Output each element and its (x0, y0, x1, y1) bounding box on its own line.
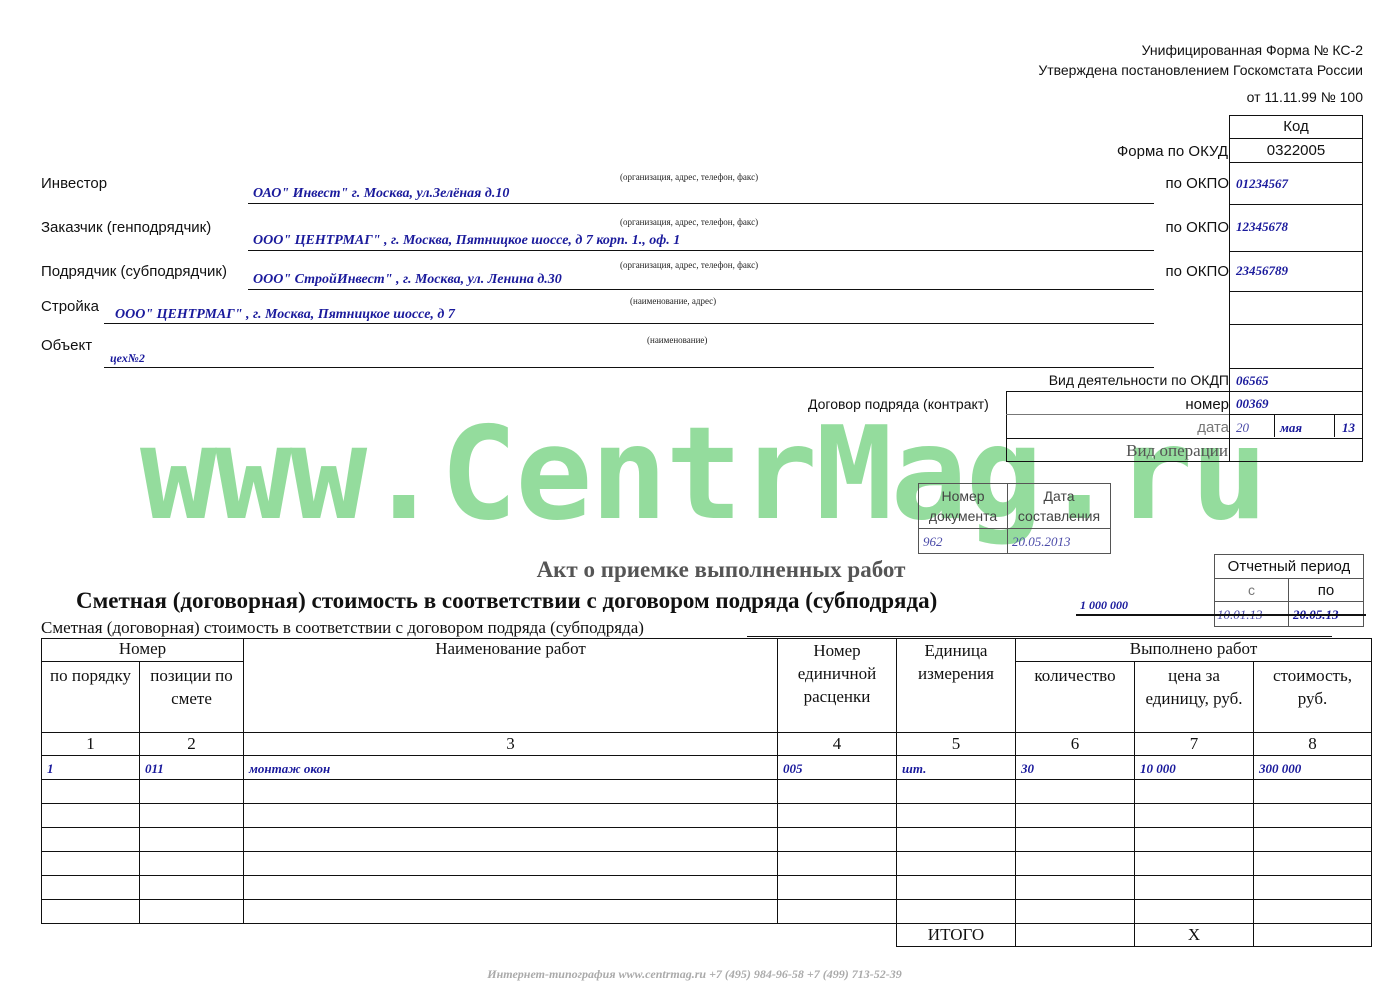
table-cell[interactable] (778, 780, 897, 804)
cell-value (1254, 881, 1259, 896)
table-cell[interactable] (1254, 852, 1372, 876)
cell-value (244, 785, 249, 800)
table-cell[interactable] (1254, 828, 1372, 852)
cell-value (1016, 881, 1021, 896)
cell-value (1016, 833, 1021, 848)
cell-value (778, 809, 783, 824)
okpo-label-investor: по ОКПО (1166, 175, 1230, 192)
code-header: Код (1229, 115, 1363, 139)
column-number: 4 (778, 733, 897, 756)
table-cell[interactable] (897, 900, 1016, 924)
contract-year: 13 (1342, 420, 1355, 436)
form-header-line2: Утверждена постановлением Госкомстата Ро… (1038, 62, 1363, 78)
column-number: 3 (244, 733, 778, 756)
table-cell[interactable] (778, 852, 897, 876)
table-cell[interactable]: шт. (897, 756, 1016, 780)
total-spacer (42, 924, 897, 947)
form-header-line1: Унифицированная Форма № КС-2 (1142, 42, 1363, 58)
investor-label: Инвестор (41, 175, 107, 192)
column-number: 2 (140, 733, 244, 756)
okpo-label-customer: по ОКПО (1166, 219, 1230, 236)
doc-number-value: 962 (923, 534, 943, 549)
cell-value: 30 (1016, 761, 1034, 776)
table-cell[interactable] (897, 876, 1016, 900)
table-cell[interactable] (140, 804, 244, 828)
cell-value (42, 881, 47, 896)
table-cell[interactable] (244, 804, 778, 828)
okud-value: 0322005 (1229, 138, 1363, 163)
table-cell[interactable] (1016, 804, 1135, 828)
contract-month: мая (1280, 420, 1302, 436)
table-cell[interactable] (244, 780, 778, 804)
contractor-label: Подрядчик (субподрядчик) (41, 263, 227, 280)
cell-value (1135, 881, 1140, 896)
cell-value (897, 785, 902, 800)
table-row (42, 780, 1372, 804)
contract-date-label: дата (1197, 419, 1229, 436)
investor-underline (248, 203, 1154, 204)
table-cell[interactable] (1254, 876, 1372, 900)
column-number: 7 (1135, 733, 1254, 756)
table-cell[interactable] (778, 900, 897, 924)
table-cell[interactable] (778, 804, 897, 828)
cell-value (1135, 785, 1140, 800)
cell-value (140, 809, 145, 824)
total-price-mark: Х (1135, 924, 1254, 947)
contractor-hint: (организация, адрес, телефон, факс) (620, 260, 758, 270)
table-cell[interactable] (140, 780, 244, 804)
cell-value (140, 857, 145, 872)
table-cell[interactable] (897, 852, 1016, 876)
table-cell[interactable] (1016, 852, 1135, 876)
table-row: 1011монтаж окон005шт.3010 000300 000 (42, 756, 1372, 780)
customer-label: Заказчик (генподрядчик) (41, 219, 211, 236)
site-value[interactable]: ООО" ЦЕНТРМАГ" , г. Москва, Пятницкое шо… (115, 307, 455, 323)
customer-underline (248, 250, 1154, 251)
table-cell[interactable] (42, 804, 140, 828)
table-cell[interactable]: 011 (140, 756, 244, 780)
table-cell[interactable]: монтаж окон (244, 756, 778, 780)
header-cost: стоимость, руб. (1254, 662, 1372, 733)
total-label: ИТОГО (897, 924, 1016, 947)
cell-value: 300 000 (1254, 761, 1301, 776)
okpo-customer-cell[interactable]: 12345678 (1229, 204, 1363, 252)
estimate-plain-label: Сметная (договорная) стоимость в соответ… (41, 618, 644, 638)
table-cell[interactable] (1254, 900, 1372, 924)
table-cell[interactable]: 300 000 (1254, 756, 1372, 780)
cell-value (244, 905, 249, 920)
cell-value (897, 809, 902, 824)
object-hint: (наименование) (647, 335, 707, 345)
estimate-plain-underline (747, 636, 1332, 637)
table-cell[interactable] (1016, 876, 1135, 900)
header-price: цена за единицу, руб. (1135, 662, 1254, 733)
cell-value: 10 000 (1135, 761, 1176, 776)
cell-value (244, 857, 249, 872)
table-cell[interactable] (1135, 828, 1254, 852)
operation-cell[interactable] (1229, 438, 1363, 462)
okdp-cell[interactable]: 06565 (1229, 368, 1363, 392)
table-cell[interactable] (140, 852, 244, 876)
table-cell[interactable] (244, 876, 778, 900)
cell-value: 1 (42, 761, 54, 776)
header-number: Номер (42, 639, 244, 662)
footer-text: Интернет-типография www.centrmag.ru +7 (… (0, 967, 1389, 982)
table-row (42, 900, 1372, 924)
cell-value (1135, 857, 1140, 872)
doc-date-header: Датасоставления (1008, 484, 1111, 529)
operation-label: Вид операции (1006, 441, 1228, 461)
table-row (42, 852, 1372, 876)
cell-value (42, 785, 47, 800)
table-cell[interactable] (897, 804, 1016, 828)
cell-value: монтаж окон (244, 761, 330, 776)
table-cell[interactable] (897, 828, 1016, 852)
cell-value (42, 833, 47, 848)
contract-number-label: номер (1185, 396, 1229, 413)
divider (1334, 415, 1335, 437)
cell-value: 005 (778, 761, 803, 776)
okdp-value: 06565 (1236, 373, 1269, 389)
cell-value (1254, 785, 1259, 800)
table-cell[interactable] (140, 876, 244, 900)
table-cell[interactable] (778, 828, 897, 852)
column-number: 5 (897, 733, 1016, 756)
site-underline (104, 323, 1154, 324)
table-cell[interactable] (42, 876, 140, 900)
okpo-contractor-cell[interactable]: 23456789 (1229, 251, 1363, 292)
document-info-table: Номердокумента Датасоставления 962 20.05… (918, 483, 1111, 554)
cell-value (778, 833, 783, 848)
table-cell[interactable] (1254, 804, 1372, 828)
cell-value (778, 857, 783, 872)
cell-value (897, 857, 902, 872)
works-table: Номер Наименование работ Номер единичной… (41, 638, 1372, 947)
okpo-investor-cell[interactable]: 01234567 (1229, 162, 1363, 205)
table-cell[interactable]: 30 (1016, 756, 1135, 780)
cell-value (1135, 833, 1140, 848)
cell-value (1016, 809, 1021, 824)
table-cell[interactable] (244, 828, 778, 852)
okdp-label: Вид деятельности по ОКДП (1049, 372, 1229, 388)
customer-hint: (организация, адрес, телефон, факс) (620, 217, 758, 227)
cell-value (244, 809, 249, 824)
cell-value (897, 905, 902, 920)
cell-value (778, 881, 783, 896)
customer-value[interactable]: ООО" ЦЕНТРМАГ" , г. Москва, Пятницкое шо… (253, 233, 680, 249)
cell-value (244, 881, 249, 896)
table-cell[interactable] (1254, 780, 1372, 804)
table-cell[interactable] (778, 876, 897, 900)
cell-value (897, 881, 902, 896)
cell-value (1016, 857, 1021, 872)
header-name: Наименование работ (244, 639, 778, 733)
investor-hint: (организация, адрес, телефон, факс) (620, 172, 758, 182)
column-number: 8 (1254, 733, 1372, 756)
contract-number-value: 00369 (1236, 396, 1269, 412)
cell-value (778, 785, 783, 800)
cell-value (1254, 809, 1259, 824)
cell-value (1135, 809, 1140, 824)
cell-value (140, 881, 145, 896)
column-number: 6 (1016, 733, 1135, 756)
table-cell[interactable] (244, 852, 778, 876)
cell-value (1254, 857, 1259, 872)
okpo-label-contractor: по ОКПО (1166, 263, 1230, 280)
table-cell[interactable] (42, 780, 140, 804)
header-done: Выполнено работ (1016, 639, 1372, 662)
site-code-cell[interactable] (1229, 291, 1363, 325)
cell-value: шт. (897, 761, 926, 776)
okpo-investor-value: 01234567 (1236, 176, 1288, 192)
header-qty: количество (1016, 662, 1135, 733)
form-header-line3: от 11.11.99 № 100 (1247, 89, 1363, 105)
site-label: Стройка (41, 298, 99, 315)
okpo-contractor-value: 23456789 (1236, 263, 1288, 279)
table-row (42, 876, 1372, 900)
cell-value (1254, 833, 1259, 848)
table-cell[interactable] (1016, 780, 1135, 804)
table-cell[interactable] (42, 900, 140, 924)
contract-date-cell[interactable]: 20 мая 13 (1229, 414, 1363, 439)
object-value[interactable]: цех№2 (110, 351, 145, 366)
cell-value (1016, 905, 1021, 920)
total-cost-cell[interactable] (1254, 924, 1372, 947)
cell-value (42, 857, 47, 872)
table-cell[interactable] (1135, 876, 1254, 900)
table-cell[interactable] (1135, 852, 1254, 876)
table-cell[interactable] (140, 900, 244, 924)
table-cell[interactable] (1135, 804, 1254, 828)
column-number: 1 (42, 733, 140, 756)
doc-number-cell[interactable]: 962 (919, 529, 1008, 554)
table-cell[interactable] (244, 900, 778, 924)
object-code-cell[interactable] (1229, 324, 1363, 369)
cell-value (140, 905, 145, 920)
page-title: Акт о приемке выполненных работ (0, 557, 1389, 583)
doc-date-value: 20.05.2013 (1012, 534, 1071, 549)
cell-value (42, 809, 47, 824)
contractor-underline (248, 289, 1154, 290)
estimate-bold-label: Сметная (договорная) стоимость в соответ… (76, 588, 937, 614)
cell-value (244, 833, 249, 848)
table-row (42, 828, 1372, 852)
cell-value (1254, 905, 1259, 920)
table-row (42, 804, 1372, 828)
contractor-value[interactable]: ООО" СтройИнвест" , г. Москва, ул. Ленин… (253, 272, 562, 288)
contract-label: Договор подряда (контракт) (808, 396, 989, 412)
table-cell[interactable] (42, 828, 140, 852)
table-cell[interactable] (42, 852, 140, 876)
table-cell[interactable]: 10 000 (1135, 756, 1254, 780)
header-unit-rate: Номер единичной расценки (778, 639, 897, 733)
site-hint: (наименование, адрес) (630, 296, 716, 306)
cell-value: 011 (140, 761, 164, 776)
header-unit: Единица измерения (897, 639, 1016, 733)
object-underline (104, 367, 1154, 368)
table-cell[interactable] (1016, 900, 1135, 924)
doc-date-cell[interactable]: 20.05.2013 (1008, 529, 1111, 554)
cell-value (42, 905, 47, 920)
cell-value (140, 833, 145, 848)
table-cell[interactable]: 1 (42, 756, 140, 780)
table-cell[interactable] (1016, 828, 1135, 852)
cell-value (1016, 785, 1021, 800)
cell-value (778, 905, 783, 920)
cell-value (897, 833, 902, 848)
okud-label: Форма по ОКУД (1117, 143, 1228, 160)
cell-value (1135, 905, 1140, 920)
contract-day: 20 (1236, 420, 1249, 436)
total-qty-cell[interactable] (1016, 924, 1135, 947)
table-cell[interactable] (1135, 780, 1254, 804)
cell-value (140, 785, 145, 800)
doc-number-header: Номердокумента (919, 484, 1008, 529)
contract-number-cell[interactable]: 00369 (1229, 391, 1363, 415)
estimate-value: 1 000 000 (1076, 598, 1128, 612)
okpo-customer-value: 12345678 (1236, 219, 1288, 235)
investor-value[interactable]: ОАО" Инвест" г. Москва, ул.Зелёная д.10 (253, 186, 509, 202)
object-label: Объект (41, 337, 92, 354)
header-order: по порядку (42, 662, 140, 733)
table-cell[interactable] (140, 828, 244, 852)
header-position: позиции по смете (140, 662, 244, 733)
estimate-value-field[interactable]: 1 000 000 (1076, 596, 1366, 616)
table-cell[interactable]: 005 (778, 756, 897, 780)
table-cell[interactable] (1135, 900, 1254, 924)
divider (1274, 415, 1275, 437)
table-cell[interactable] (897, 780, 1016, 804)
